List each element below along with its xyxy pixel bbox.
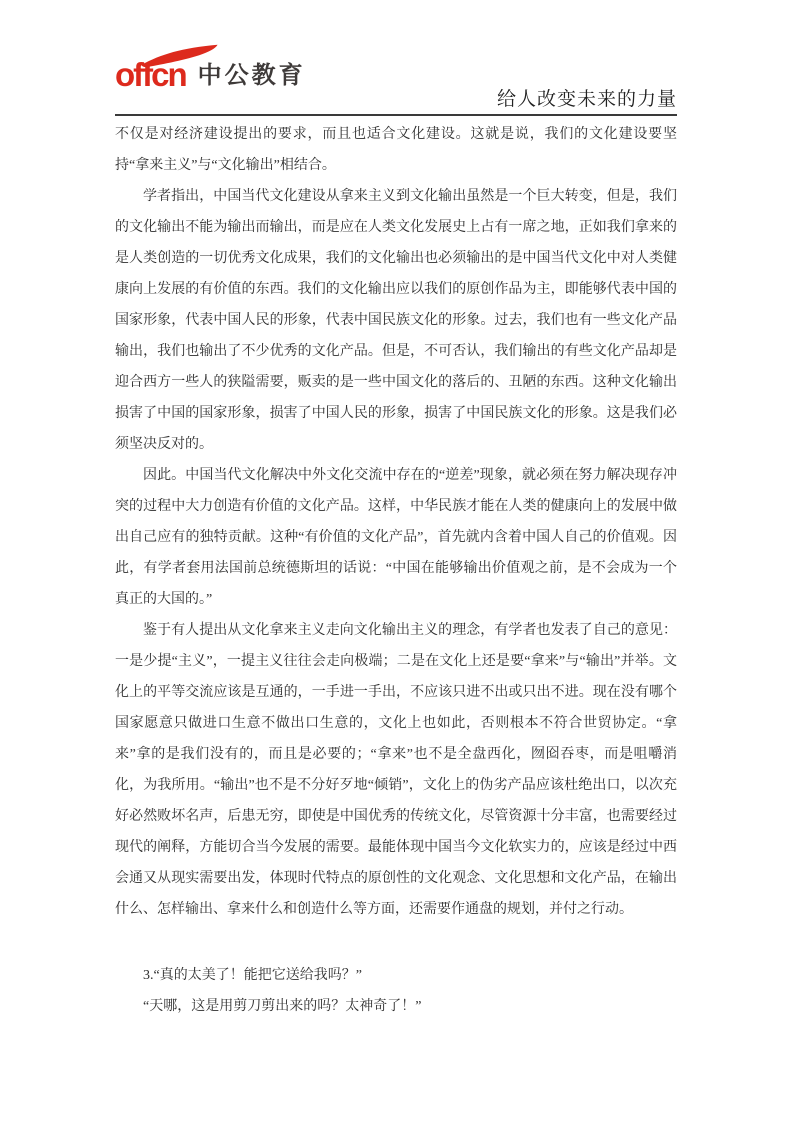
question-3-line-2: “天哪，这是用剪刀剪出来的吗？太神奇了！” bbox=[115, 991, 677, 1022]
logo-mark: offcn bbox=[115, 56, 186, 94]
document-body: 不仅是对经济建设提出的要求，而且也适合文化建设。这就是说，我们的文化建设要坚持“… bbox=[115, 116, 677, 1022]
brand-tagline: 给人改变未来的力量 bbox=[497, 84, 677, 111]
logo-swoosh-icon bbox=[139, 44, 221, 68]
paragraph-opinions: 鉴于有人提出从文化拿来主义走向文化输出主义的理念，有学者也发表了自己的意见：一是… bbox=[115, 615, 677, 925]
question-3-line-1: 3.“真的太美了！能把它送给我吗？” bbox=[115, 960, 677, 991]
document-page: offcn 中公教育 给人改变未来的力量 不仅是对经济建设提出的要求，而且也适合… bbox=[0, 0, 793, 1122]
paragraph-continuation: 不仅是对经济建设提出的要求，而且也适合文化建设。这就是说，我们的文化建设要坚持“… bbox=[115, 119, 677, 181]
paragraph-scholar-view: 学者指出，中国当代文化建设从拿来主义到文化输出虽然是一个巨大转变，但是，我们的文… bbox=[115, 181, 677, 460]
page-header: offcn 中公教育 给人改变未来的力量 bbox=[115, 56, 677, 114]
offcn-logo: offcn 中公教育 bbox=[115, 56, 306, 94]
paragraph-value-products: 因此。中国当代文化解决中外文化交流中存在的“逆差”现象，就必须在努力解决现存冲突… bbox=[115, 460, 677, 615]
